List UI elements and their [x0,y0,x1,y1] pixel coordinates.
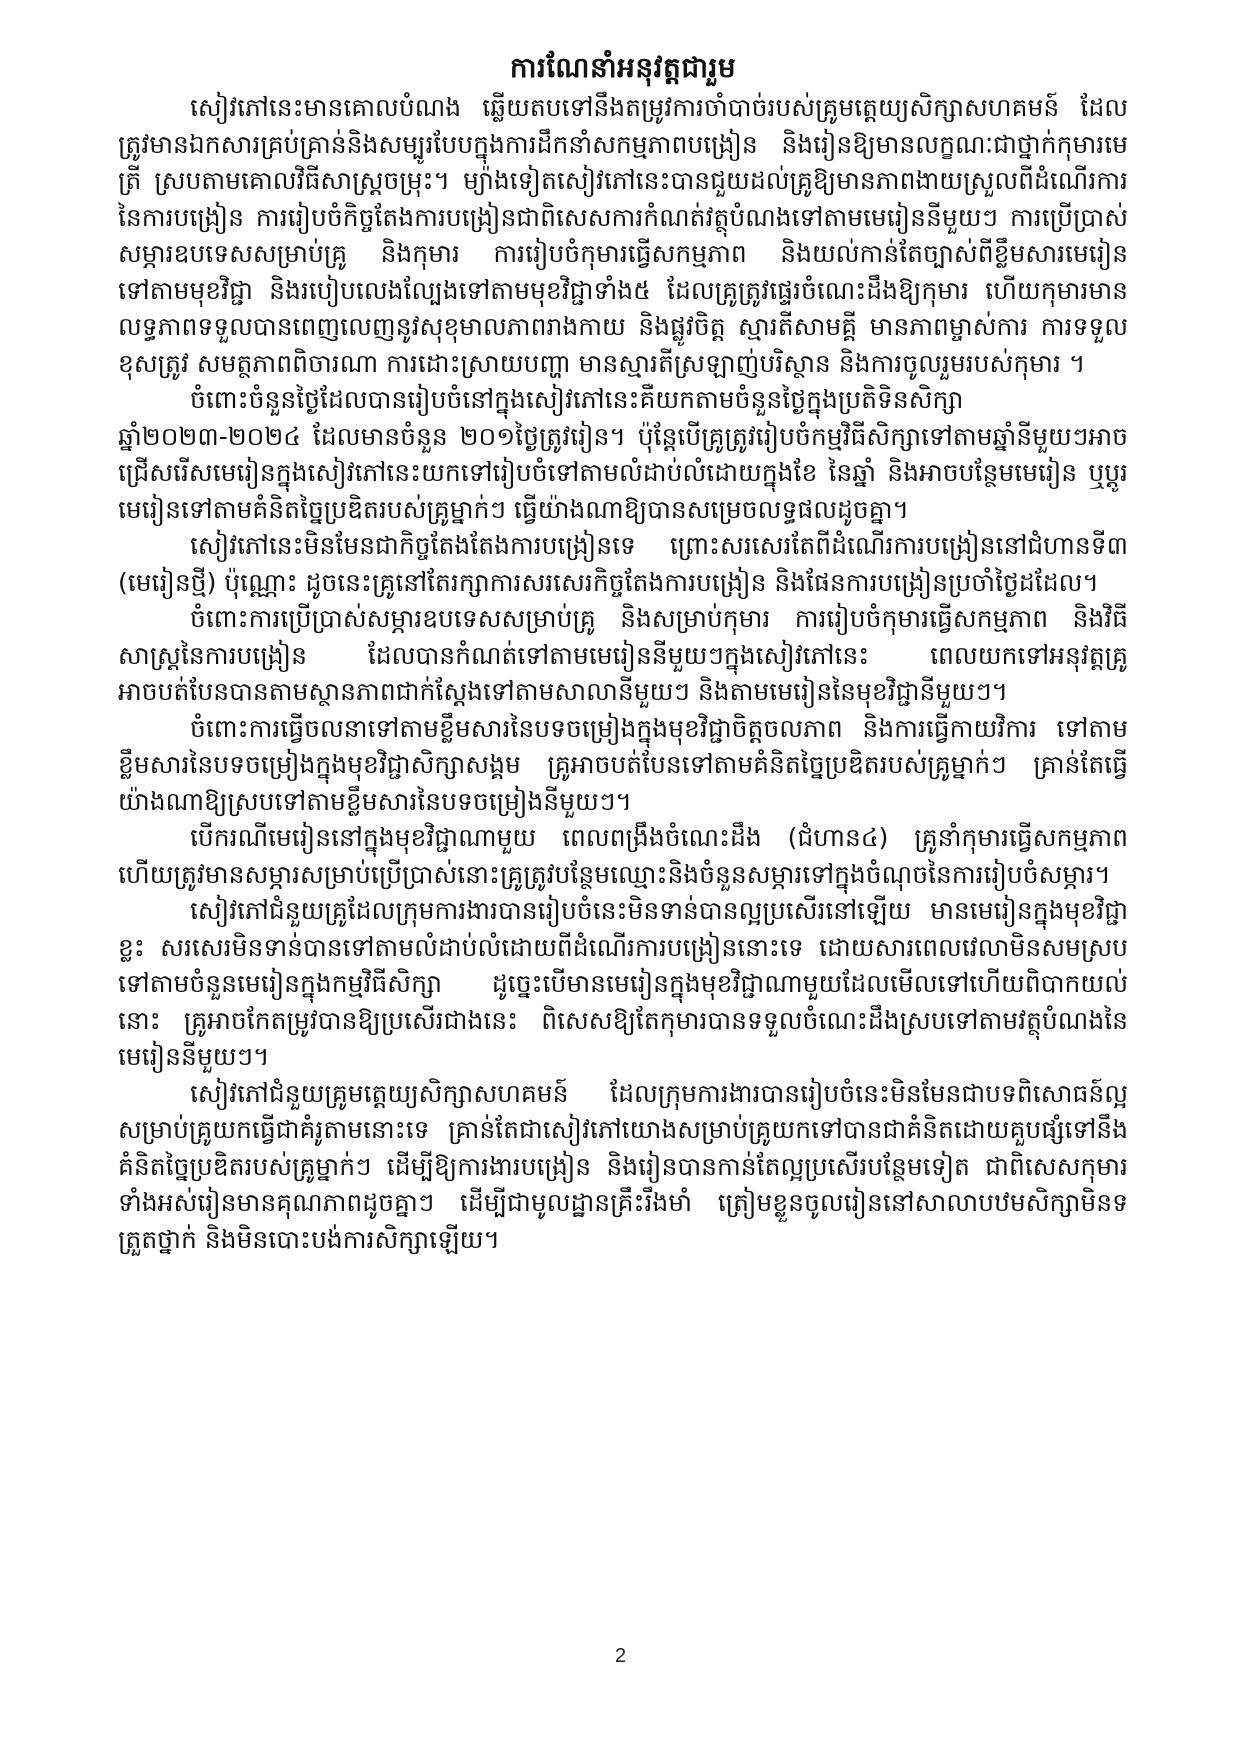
paragraph-reinforcement-step: បើករណីមេរៀននៅក្នុងមុខវិជ្ជាណាមួយ ពេលពង្រ… [118,820,1128,893]
paragraph-school-days: ចំពោះចំនួនថ្ងៃដែលបានរៀបចំនៅក្នុងសៀវភៅនេះ… [118,382,1128,528]
paragraph-limitations: សៀវភៅជំនួយគ្រូដែលក្រុមការងារបានរៀបចំនេះម… [118,893,1128,1076]
paragraph-reference-guide: សៀវភៅជំនួយគ្រូមត្តេយ្យសិក្សាសហគមន៍ ដែលក្… [118,1076,1128,1259]
paragraph-purpose: សៀវភៅនេះមានគោលបំណង ឆ្លើយតបទៅនឹងតម្រូវការ… [118,90,1128,382]
paragraph-song-movements: ចំពោះការធ្វើចលនាទៅតាមខ្លឹមសារនៃបទចម្រៀងក… [118,711,1128,821]
page-title: ការណែនាំអនុវត្តជារួម [118,46,1128,90]
paragraph-teaching-materials: ចំពោះការប្រើប្រាស់សម្ភារឧបទេសសម្រាប់គ្រូ… [118,601,1128,711]
page-number: 2 [0,1645,1241,1668]
document-page: ការណែនាំអនុវត្តជារួម សៀវភៅនេះមានគោលបំណង … [0,0,1241,1755]
paragraph-lesson-plan-note: សៀវភៅនេះមិនមែនជាកិច្ចតែងតែងការបង្រៀនទេ ព… [118,528,1128,601]
document-body: ការណែនាំអនុវត្តជារួម សៀវភៅនេះមានគោលបំណង … [118,46,1128,1258]
